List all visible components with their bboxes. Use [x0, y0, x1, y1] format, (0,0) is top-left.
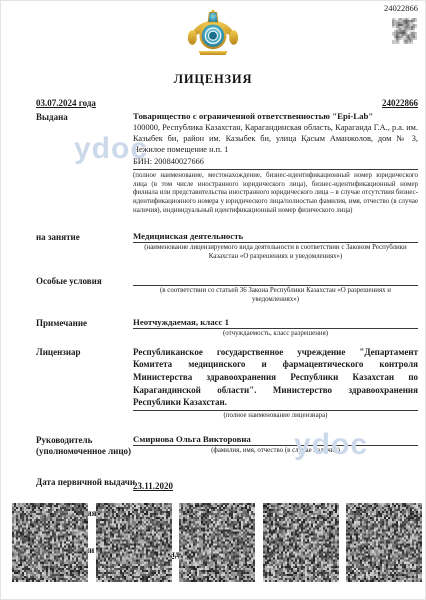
field-licensor: Лицензиар Республиканское государственно… — [36, 346, 418, 421]
note-label: Примечание — [36, 317, 133, 339]
special-conditions-value — [133, 275, 418, 286]
field-issued-to: Выдана Товарищество с ограниченной ответ… — [36, 111, 418, 216]
issued-to-caption: (полное наименование, местонахождение, б… — [133, 172, 418, 216]
kazakhstan-coat-of-arms-icon — [186, 9, 240, 57]
date-number-row: 03.07.2024 года 24022866 — [36, 98, 418, 108]
qr-code-icon — [263, 503, 339, 582]
qr-code-icon — [96, 503, 172, 582]
license-number: 24022866 — [382, 98, 418, 108]
issue-date: 03.07.2024 года — [36, 98, 96, 108]
qr-code-icon — [179, 503, 255, 582]
first-issue-value: 23.11.2020 — [133, 481, 173, 491]
qr-code-strip — [12, 503, 422, 582]
company-address: 100000, Республика Казахстан, Карагандин… — [133, 123, 418, 156]
head-value: Смирнова Ольга Викторовна — [133, 434, 418, 446]
note-value: Неотчуждаемая, класс 1 — [133, 317, 418, 329]
special-conditions-label: Особые условия — [36, 275, 133, 305]
license-document: 24022866 ЛИЦЕНЗИЯ 03.07.202 — [0, 0, 426, 600]
activity-label: на занятие — [36, 231, 133, 262]
issued-to-label: Выдана — [36, 111, 133, 216]
head-label-line1: Руководитель — [36, 435, 133, 446]
head-label-line2: (уполномоченное лицо) — [36, 446, 133, 457]
field-activity: на занятие Медицинская деятельность (наи… — [36, 231, 418, 262]
activity-value: Медицинская деятельность — [133, 231, 418, 243]
first-issue-label: Дата первичной выдачи — [36, 476, 133, 494]
field-rule — [133, 169, 418, 170]
head-label: Руководитель (уполномоченное лицо) — [36, 434, 133, 458]
company-bin: БИН: 200840027666 — [133, 157, 418, 166]
qr-code-icon — [12, 503, 88, 582]
field-first-issue: Дата первичной выдачи 23.11.2020 — [36, 476, 418, 494]
field-special-conditions: Особые условия (в соответствии со статье… — [36, 275, 418, 305]
note-caption: (отчуждаемость, класс разрешения) — [133, 330, 418, 339]
document-corner-number: 24022866 — [384, 3, 418, 13]
company-name: Товарищество с ограниченной ответственно… — [133, 111, 418, 121]
document-title: ЛИЦЕНЗИЯ — [0, 72, 426, 87]
activity-caption: (наименование лицензируемого вида деятел… — [133, 244, 418, 262]
document-body: Выдана Товарищество с ограниченной ответ… — [36, 111, 418, 562]
qr-code-icon — [392, 18, 417, 44]
licensor-value: Республиканское государственное учрежден… — [133, 346, 418, 411]
field-head: Руководитель (уполномоченное лицо) Смирн… — [36, 434, 418, 458]
qr-code-icon — [346, 503, 422, 582]
licensor-caption: (полное наименование лицензиара) — [133, 412, 418, 421]
emblem-container — [0, 9, 426, 57]
special-conditions-caption: (в соответствии со статьей 36 Закона Рес… — [133, 287, 418, 305]
field-note: Примечание Неотчуждаемая, класс 1 (отчуж… — [36, 317, 418, 339]
licensor-label: Лицензиар — [36, 346, 133, 421]
head-caption: (фамилия, имя, отчество (в случае наличи… — [133, 447, 418, 456]
